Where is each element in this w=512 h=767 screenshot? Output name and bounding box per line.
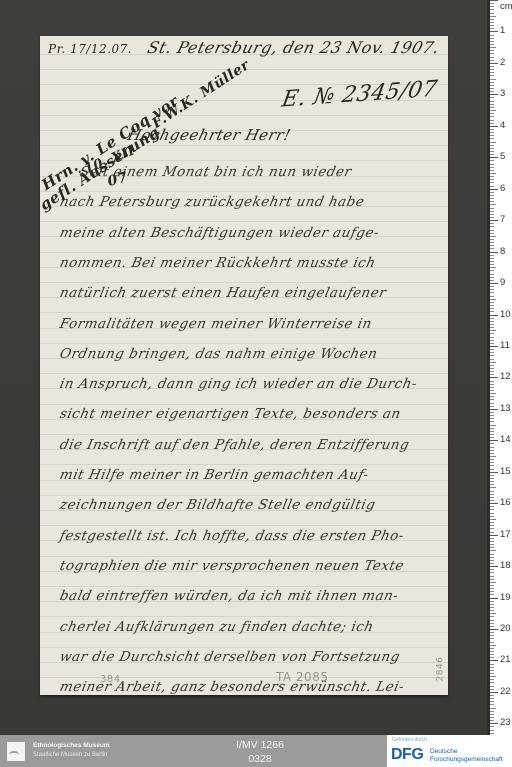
ruler-cm-label: 18 xyxy=(500,561,511,571)
letter-line: Seit einem Monat bin ich nun wieder xyxy=(78,164,353,180)
ruler-tick xyxy=(490,113,494,114)
letter-line: bald eintreffen würden, da ich mit ihnen… xyxy=(58,588,400,604)
ruler-tick xyxy=(490,289,494,290)
ruler-tick xyxy=(490,670,494,671)
ruler-tick xyxy=(490,620,494,621)
ruler-tick xyxy=(490,69,494,70)
ruler-tick xyxy=(490,692,498,693)
ruler-tick xyxy=(490,566,498,567)
pencil-number-left: 384 xyxy=(100,674,121,685)
ruler-tick xyxy=(490,469,494,470)
ruler-tick xyxy=(490,355,494,356)
ruler-tick xyxy=(490,585,494,586)
ruler-tick xyxy=(490,491,494,492)
ruler-tick xyxy=(490,456,496,457)
ruler-cm-label: 6 xyxy=(500,184,505,194)
ruler-tick xyxy=(490,506,494,507)
ruler-tick xyxy=(490,31,498,32)
ruler-tick xyxy=(490,286,494,287)
ruler-tick xyxy=(490,340,494,341)
ruler-tick xyxy=(490,13,494,14)
letter-line: mit Hilfe meiner in Berlin gemachten Auf… xyxy=(58,467,370,483)
letter-line: meine alten Beschäftigungen wieder aufge… xyxy=(58,225,380,241)
ruler-tick xyxy=(490,576,494,577)
ruler-tick xyxy=(490,28,494,29)
museum-name: Ethnologisches Museum xyxy=(33,742,110,749)
ruler-tick xyxy=(490,425,496,426)
ruler-unit-label: cm xyxy=(500,2,512,12)
ruler-tick xyxy=(490,208,494,209)
catalogue-number: E. № 2345/07 xyxy=(280,76,439,112)
ruler-tick xyxy=(490,431,494,432)
ruler-tick xyxy=(490,217,494,218)
cm-ruler: cm 1234567891011121314151617181920212223 xyxy=(487,0,512,735)
ruler-tick xyxy=(490,211,494,212)
ruler-tick xyxy=(490,689,494,690)
ruler-tick xyxy=(490,450,494,451)
ruler-tick xyxy=(490,75,494,76)
ruler-tick xyxy=(490,104,494,105)
ruler-tick xyxy=(490,9,494,10)
ruler-cm-label: 3 xyxy=(500,89,505,99)
ruler-tick xyxy=(490,79,496,80)
ruled-line xyxy=(40,556,448,557)
ruler-tick xyxy=(490,283,498,284)
ruler-tick xyxy=(490,19,494,20)
ruler-tick xyxy=(490,66,494,67)
letter-page: Pr. 17/12.07. St. Petersburg, den 23 Nov… xyxy=(40,36,448,695)
ruler-tick xyxy=(490,60,494,61)
ruler-tick xyxy=(490,3,494,4)
ruler-tick xyxy=(490,550,496,551)
ruler-tick xyxy=(490,110,496,111)
letter-line: nommen. Bei meiner Rückkehrt musste ich xyxy=(58,255,377,271)
ruler-tick xyxy=(490,557,494,558)
ruler-tick xyxy=(490,129,494,130)
ruler-tick xyxy=(490,368,494,369)
place-date: St. Petersburg, den 23 Nov. 1907. xyxy=(146,38,442,57)
ruler-tick xyxy=(490,682,494,683)
ruler-tick xyxy=(490,123,494,124)
ruler-tick xyxy=(490,0,498,1)
dfg-logo-icon: DFG xyxy=(391,747,423,763)
ruler-tick xyxy=(490,569,494,570)
ruler-cm-label: 13 xyxy=(500,404,511,414)
ruler-tick xyxy=(490,352,494,353)
ruler-tick xyxy=(490,189,498,190)
ruler-tick xyxy=(490,664,494,665)
ruler-tick xyxy=(490,544,494,545)
ruler-tick xyxy=(490,371,494,372)
ruler-tick xyxy=(490,242,494,243)
ruler-tick xyxy=(490,337,494,338)
letter-line: Formalitäten wegen meiner Winterreise in xyxy=(58,316,373,332)
ruler-tick xyxy=(490,57,494,58)
ruler-tick xyxy=(490,72,494,73)
ruler-tick xyxy=(490,704,494,705)
ruler-tick xyxy=(490,299,496,300)
ruler-tick xyxy=(490,85,494,86)
ruler-tick xyxy=(490,359,494,360)
ruler-tick xyxy=(490,604,494,605)
ruler-tick xyxy=(490,472,498,473)
ruler-tick xyxy=(490,318,494,319)
ruler-cm-label: 14 xyxy=(500,435,511,445)
ruler-tick xyxy=(490,132,494,133)
ruler-tick xyxy=(490,274,494,275)
ruled-line xyxy=(40,464,448,465)
ruler-tick xyxy=(490,107,494,108)
ruler-tick xyxy=(490,730,494,731)
ruled-line xyxy=(40,525,448,526)
ruler-tick xyxy=(490,91,494,92)
ruler-tick xyxy=(490,343,494,344)
ruler-tick xyxy=(490,437,494,438)
ruler-tick xyxy=(490,648,494,649)
ruler-tick xyxy=(490,135,494,136)
ruler-tick xyxy=(490,390,494,391)
ruler-tick xyxy=(490,651,494,652)
letter-line: zeichnungen der Bildhafte Stelle endgült… xyxy=(58,497,377,513)
ruler-tick xyxy=(490,607,494,608)
ruler-tick xyxy=(490,598,498,599)
letter-line: Ordnung bringen, das nahm einige Wochen xyxy=(58,346,379,362)
ruled-line xyxy=(40,252,448,253)
funding-label: Gefördert durch xyxy=(392,737,427,743)
ruler-tick xyxy=(490,572,494,573)
ruler-tick xyxy=(490,381,494,382)
ruler-tick xyxy=(490,220,498,221)
ruler-tick xyxy=(490,148,494,149)
ruler-tick xyxy=(490,475,494,476)
ruler-tick xyxy=(490,532,494,533)
ruler-tick xyxy=(490,638,494,639)
ruler-cm-label: 10 xyxy=(500,310,511,320)
ruler-tick xyxy=(490,676,496,677)
ruler-tick xyxy=(490,714,494,715)
ruler-tick xyxy=(490,44,494,45)
ruler-tick xyxy=(490,248,494,249)
ruler-tick xyxy=(490,157,498,158)
ruler-tick xyxy=(490,292,494,293)
ruler-tick xyxy=(490,186,494,187)
ruler-tick xyxy=(490,629,498,630)
ruler-tick xyxy=(490,453,494,454)
ruler-tick xyxy=(490,267,496,268)
ruler-tick xyxy=(490,418,494,419)
museum-logo-icon xyxy=(7,742,25,761)
ruler-tick xyxy=(490,525,494,526)
ruler-tick xyxy=(490,412,494,413)
ruled-line xyxy=(40,647,448,648)
receipt-mark: Pr. 17/12.07. xyxy=(48,42,132,56)
ruler-tick xyxy=(490,616,494,617)
ruler-tick xyxy=(490,384,494,385)
ruler-tick xyxy=(490,642,494,643)
ruler-tick xyxy=(490,6,494,7)
ruler-tick xyxy=(490,494,494,495)
page-number: 0328 xyxy=(210,753,310,765)
ruler-tick xyxy=(490,261,494,262)
ruler-tick xyxy=(490,226,494,227)
ruler-tick xyxy=(490,547,494,548)
ruler-tick xyxy=(490,528,494,529)
ruler-tick xyxy=(490,214,494,215)
ruled-line xyxy=(40,616,448,617)
ruler-tick xyxy=(490,97,494,98)
ruler-tick xyxy=(490,726,494,727)
ruled-line xyxy=(40,404,448,405)
ruler-tick xyxy=(490,308,494,309)
ruler-tick xyxy=(490,324,494,325)
ruler-tick xyxy=(490,321,494,322)
ruler-tick xyxy=(490,695,494,696)
ruler-tick xyxy=(490,459,494,460)
ruler-tick xyxy=(490,255,494,256)
ruler-tick xyxy=(490,481,494,482)
ruler-tick xyxy=(490,487,496,488)
ruled-line xyxy=(40,312,448,313)
ruler-tick xyxy=(490,280,494,281)
ruler-tick xyxy=(490,179,494,180)
ruler-tick xyxy=(490,660,498,661)
letter-line: tographien die mir versprochenen neuen T… xyxy=(58,558,405,574)
ruler-tick xyxy=(490,698,494,699)
ruler-tick xyxy=(490,233,494,234)
ruler-tick xyxy=(490,403,494,404)
ruler-tick xyxy=(490,686,494,687)
ruler-cm-label: 15 xyxy=(500,467,511,477)
ruler-tick xyxy=(490,170,494,171)
ruler-tick xyxy=(490,201,494,202)
ruler-tick xyxy=(490,610,494,611)
ruler-tick xyxy=(490,41,494,42)
ruler-tick xyxy=(490,333,494,334)
ruler-tick xyxy=(490,711,494,712)
ruler-tick xyxy=(490,447,494,448)
ruler-tick xyxy=(490,415,494,416)
ruler-cm-label: 5 xyxy=(500,152,505,162)
ruler-tick xyxy=(490,594,494,595)
ruled-line xyxy=(40,343,448,344)
ruled-line xyxy=(40,282,448,283)
ruler-tick xyxy=(490,154,494,155)
ruler-tick xyxy=(490,421,494,422)
letter-line: in Anspruch, dann ging ich wieder an die… xyxy=(58,376,418,392)
ruler-tick xyxy=(490,374,494,375)
ruler-tick xyxy=(490,151,494,152)
ruler-tick xyxy=(490,330,496,331)
ruler-tick xyxy=(490,126,498,127)
letter-line: nach Petersburg zurückgekehrt und habe xyxy=(58,194,366,210)
ruler-tick xyxy=(490,270,494,271)
ruler-tick xyxy=(490,497,494,498)
ruler-tick xyxy=(490,25,494,26)
ruler-tick xyxy=(490,315,498,316)
ruler-tick xyxy=(490,733,494,734)
pencil-number-right: 2846 xyxy=(435,657,445,682)
ruler-tick xyxy=(490,88,494,89)
ruler-tick xyxy=(490,708,496,709)
ruler-tick xyxy=(490,538,494,539)
ruler-cm-label: 22 xyxy=(500,687,511,697)
ruler-tick xyxy=(490,541,494,542)
ruler-tick xyxy=(490,164,494,165)
ruler-tick xyxy=(490,535,498,536)
ruler-cm-label: 2 xyxy=(500,58,505,68)
inventory-number: I/MV 1266 xyxy=(210,739,310,751)
ruler-tick xyxy=(490,252,498,253)
letter-line: war die Durchsicht derselben von Fortset… xyxy=(58,649,401,665)
letter-line: natürlich zuerst einen Haufen eingelaufe… xyxy=(58,285,388,301)
ruler-tick xyxy=(490,434,494,435)
ruler-tick xyxy=(490,588,494,589)
ruler-tick xyxy=(490,657,494,658)
ruler-tick xyxy=(490,362,496,363)
ruler-tick xyxy=(490,47,496,48)
ruler-tick xyxy=(490,484,494,485)
letter-line: sicht meiner eigenartigen Texte, besonde… xyxy=(58,406,402,422)
dfg-name-line1: Deutsche xyxy=(430,748,457,755)
ruled-line xyxy=(40,373,448,374)
ruler-cm-label: 19 xyxy=(500,593,511,603)
ruler-tick xyxy=(490,478,494,479)
ruler-tick xyxy=(490,626,494,627)
ruler-cm-label: 7 xyxy=(500,215,505,225)
pencil-ta-number: TA 2085 xyxy=(276,670,328,684)
ruler-tick xyxy=(490,94,498,95)
ruler-tick xyxy=(490,396,494,397)
ruler-tick xyxy=(490,591,494,592)
ruler-tick xyxy=(490,296,494,297)
ruler-tick xyxy=(490,465,494,466)
dfg-name-line2: Forschungsgemeinschaft xyxy=(430,756,503,763)
footer-bar: Ethnologisches Museum Staatliche Museen … xyxy=(0,735,512,767)
ruler-tick xyxy=(490,245,494,246)
ruler-tick xyxy=(490,230,494,231)
ruled-line xyxy=(40,221,448,222)
ruler-tick xyxy=(490,176,494,177)
ruler-tick xyxy=(490,223,494,224)
ruler-tick xyxy=(490,302,494,303)
ruler-tick xyxy=(490,142,496,143)
ruler-tick xyxy=(490,601,494,602)
ruler-tick xyxy=(490,173,496,174)
letter-line: festgestellt ist. Ich hoffte, dass die e… xyxy=(58,528,405,544)
ruler-tick xyxy=(490,673,494,674)
ruled-line xyxy=(40,191,448,192)
ruler-tick xyxy=(490,53,494,54)
ruler-tick xyxy=(490,667,494,668)
ruler-tick xyxy=(490,632,494,633)
ruler-tick xyxy=(490,513,494,514)
ruler-tick xyxy=(490,409,498,410)
salutation: Hochgeehrter Herr! xyxy=(126,126,293,144)
ruler-tick xyxy=(490,720,494,721)
ruler-tick xyxy=(490,198,494,199)
ruler-tick xyxy=(490,679,494,680)
ruler-cm-label: 23 xyxy=(500,718,511,728)
ruler-cm-label: 4 xyxy=(500,121,505,131)
ruler-tick xyxy=(490,305,494,306)
ruler-tick xyxy=(490,377,498,378)
ruler-tick xyxy=(490,500,494,501)
ruler-tick xyxy=(490,349,494,350)
ruler-cm-label: 17 xyxy=(500,530,511,540)
ruler-cm-label: 11 xyxy=(500,341,510,351)
ruler-tick xyxy=(490,120,494,121)
ruler-tick xyxy=(490,22,494,23)
ruler-tick xyxy=(490,50,494,51)
ruler-cm-label: 1 xyxy=(500,26,505,36)
ruler-tick xyxy=(490,723,498,724)
ruler-tick xyxy=(490,443,494,444)
museum-subtitle: Staatliche Museen zu Berlin xyxy=(33,752,107,758)
ruler-cm-label: 12 xyxy=(500,372,511,382)
ruler-tick xyxy=(490,346,498,347)
ruler-tick xyxy=(490,428,494,429)
ruler-tick xyxy=(490,239,494,240)
ruler-tick xyxy=(490,613,496,614)
ruler-tick xyxy=(490,579,494,580)
ruled-line xyxy=(40,434,448,435)
ruled-line xyxy=(40,586,448,587)
ruler-tick xyxy=(490,560,494,561)
ruler-tick xyxy=(490,645,496,646)
ruler-tick xyxy=(490,440,498,441)
ruler-tick xyxy=(490,258,494,259)
ruler-tick xyxy=(490,63,498,64)
ruler-tick xyxy=(490,311,494,312)
ruler-tick xyxy=(490,516,494,517)
ruler-tick xyxy=(490,192,494,193)
ruler-tick xyxy=(490,138,494,139)
ruler-tick xyxy=(490,717,494,718)
letter-line: cherlei Aufklärungen zu finden dachte; i… xyxy=(58,619,375,635)
ruler-tick xyxy=(490,509,494,510)
ruler-tick xyxy=(490,623,494,624)
ruler-tick xyxy=(490,387,494,388)
ruler-tick xyxy=(490,35,494,36)
ruler-tick xyxy=(490,277,494,278)
ruler-tick xyxy=(490,554,494,555)
ruled-line xyxy=(40,115,448,116)
ruler-cm-label: 8 xyxy=(500,247,505,257)
ruler-tick xyxy=(490,654,494,655)
ruler-tick xyxy=(490,264,494,265)
ruler-tick xyxy=(490,393,496,394)
ruler-tick xyxy=(490,101,494,102)
ruler-tick xyxy=(490,236,496,237)
ruler-tick xyxy=(490,195,494,196)
ruler-tick xyxy=(490,519,496,520)
ruler-tick xyxy=(490,38,494,39)
ruler-cm-label: 16 xyxy=(500,498,511,508)
ruler-cm-label: 9 xyxy=(500,278,505,288)
ruler-tick xyxy=(490,701,494,702)
ruler-tick xyxy=(490,167,494,168)
ruler-tick xyxy=(490,16,496,17)
ruler-tick xyxy=(490,635,494,636)
ruler-tick xyxy=(490,145,494,146)
document-viewer: Pr. 17/12.07. St. Petersburg, den 23 Nov… xyxy=(0,0,512,735)
ruler-cm-label: 21 xyxy=(500,655,511,665)
ruler-tick xyxy=(490,563,494,564)
ruler-tick xyxy=(490,116,494,117)
ruler-tick xyxy=(490,399,494,400)
ruler-tick xyxy=(490,365,494,366)
ruler-tick xyxy=(490,204,496,205)
